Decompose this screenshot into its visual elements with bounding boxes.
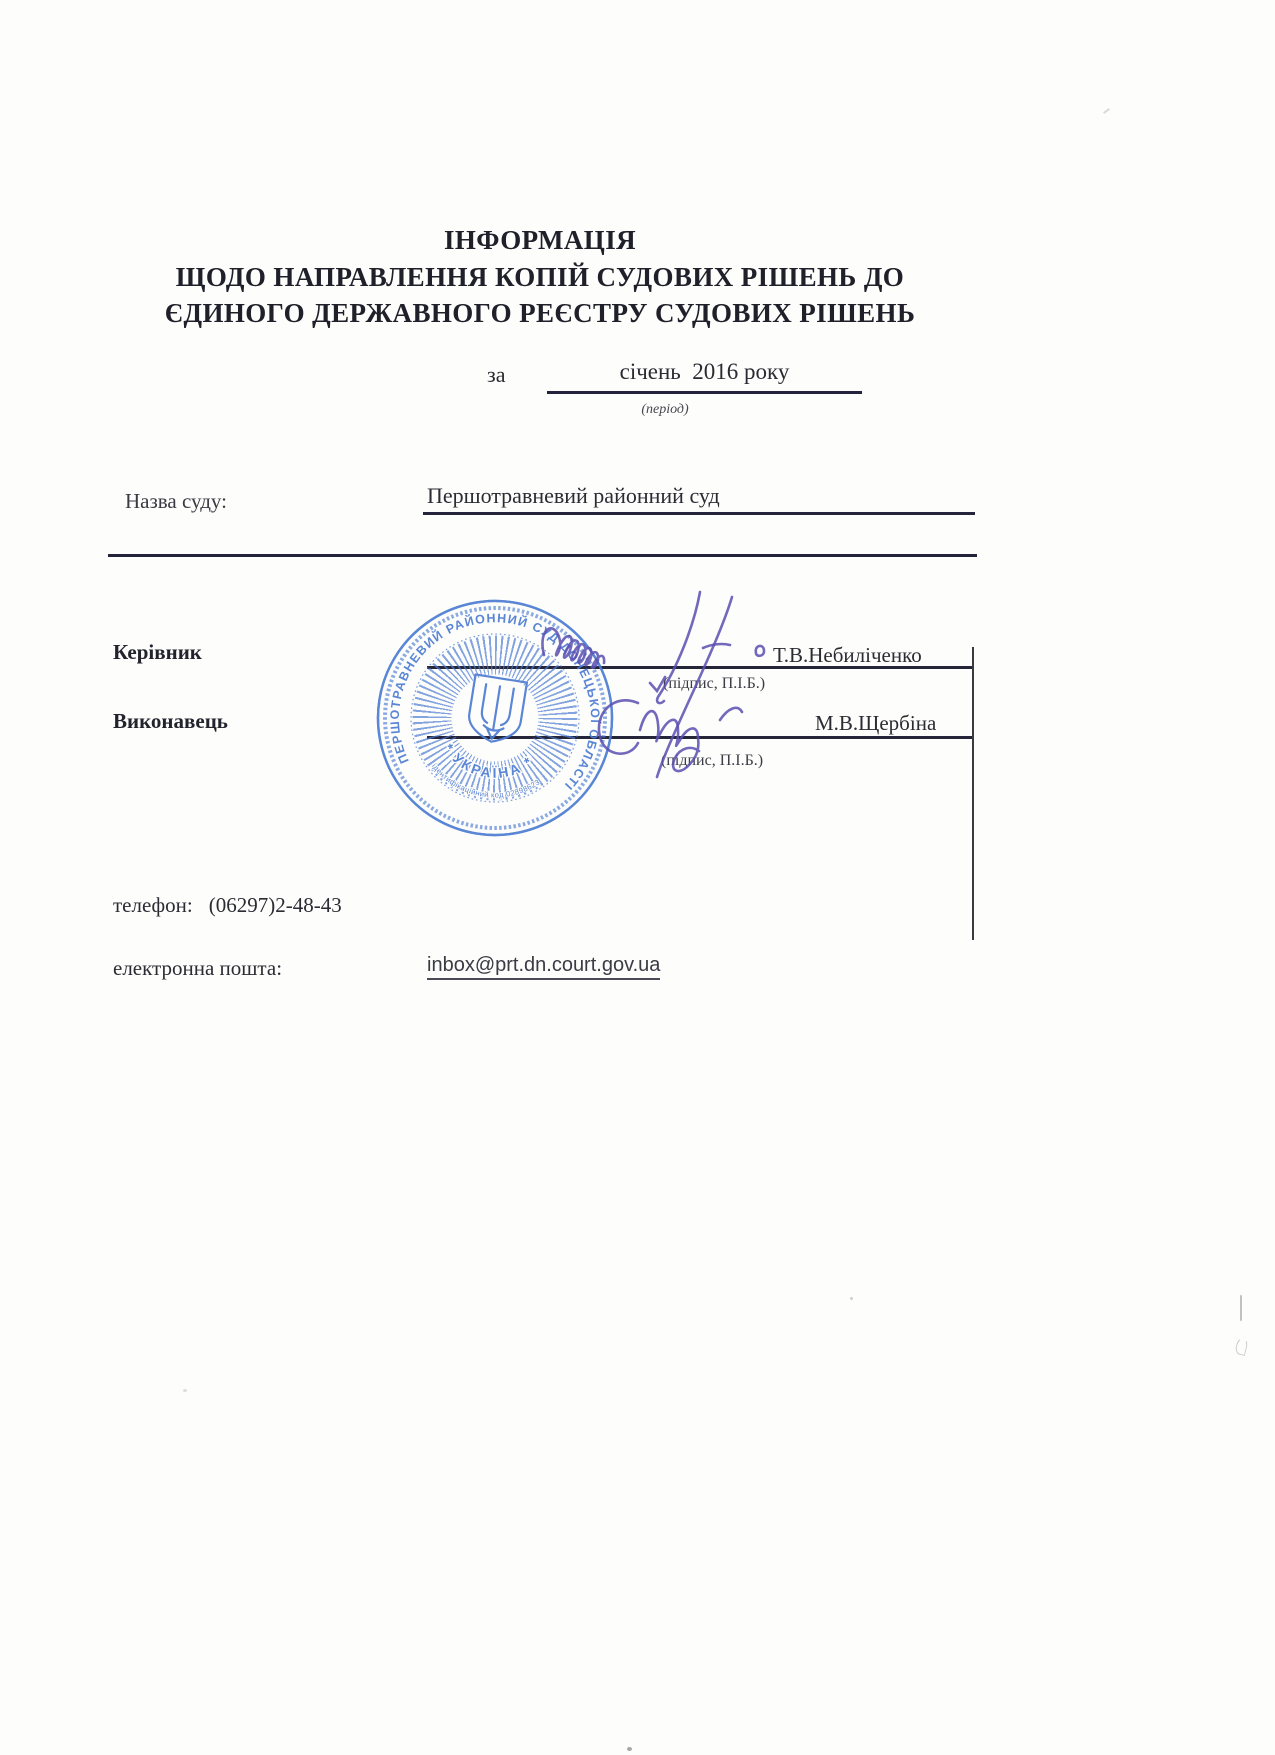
signature-kerivnyk-pigtail bbox=[756, 646, 764, 656]
scan-artifact bbox=[850, 1297, 853, 1300]
trident-emblem-icon bbox=[466, 674, 527, 745]
title-line-2: ЩОДО НАПРАВЛЕННЯ КОПІЙ СУДОВИХ РІШЕНЬ ДО bbox=[105, 259, 975, 296]
period-value: січень 2016 року bbox=[547, 359, 862, 385]
signature-kerivnyk-dash bbox=[703, 644, 730, 648]
vertical-border-line bbox=[972, 647, 974, 940]
scan-artifact bbox=[1240, 1295, 1242, 1321]
phone-label: телефон: bbox=[113, 893, 193, 917]
handwritten-signatures bbox=[520, 555, 840, 815]
signature-vykonavets-curl bbox=[720, 708, 742, 720]
email-label: електронна пошта: bbox=[113, 956, 282, 981]
period-prefix: за bbox=[487, 362, 505, 388]
scan-artifact bbox=[183, 1389, 187, 1392]
title-line-1: ІНФОРМАЦІЯ bbox=[105, 222, 975, 259]
email-value: inbox@prt.dn.court.gov.ua bbox=[427, 954, 660, 980]
scan-artifact bbox=[1234, 1337, 1249, 1356]
court-name-value: Першотравневий районний суд bbox=[427, 483, 720, 509]
signatory-role-vykonavets: Виконавець bbox=[113, 709, 228, 734]
signatory-role-kerivnyk: Керівник bbox=[113, 640, 202, 665]
signature-kerivnyk bbox=[542, 628, 604, 667]
scan-artifact bbox=[627, 1747, 632, 1751]
scan-artifact bbox=[1103, 108, 1110, 114]
phone-value: (06297)2-48-43 bbox=[209, 893, 342, 917]
period-caption: (період) bbox=[500, 402, 830, 418]
court-name-underline bbox=[423, 512, 975, 515]
phone-row: телефон:(06297)2-48-43 bbox=[113, 893, 342, 918]
scanned-document-page: ІНФОРМАЦІЯ ЩОДО НАПРАВЛЕННЯ КОПІЙ СУДОВИ… bbox=[0, 0, 1275, 1755]
signature-vykonavets-humps bbox=[640, 711, 699, 771]
document-title: ІНФОРМАЦІЯ ЩОДО НАПРАВЛЕННЯ КОПІЙ СУДОВИ… bbox=[105, 222, 975, 332]
signature-vykonavets-long-stroke bbox=[657, 597, 732, 777]
signature-vykonavets-oval bbox=[599, 700, 638, 753]
title-line-3: ЄДИНОГО ДЕРЖАВНОГО РЕЄСТРУ СУДОВИХ РІШЕН… bbox=[105, 295, 975, 332]
court-name-label: Назва суду: bbox=[125, 489, 227, 514]
signature-kerivnyk-slash bbox=[657, 592, 700, 703]
period-underline bbox=[547, 391, 862, 394]
